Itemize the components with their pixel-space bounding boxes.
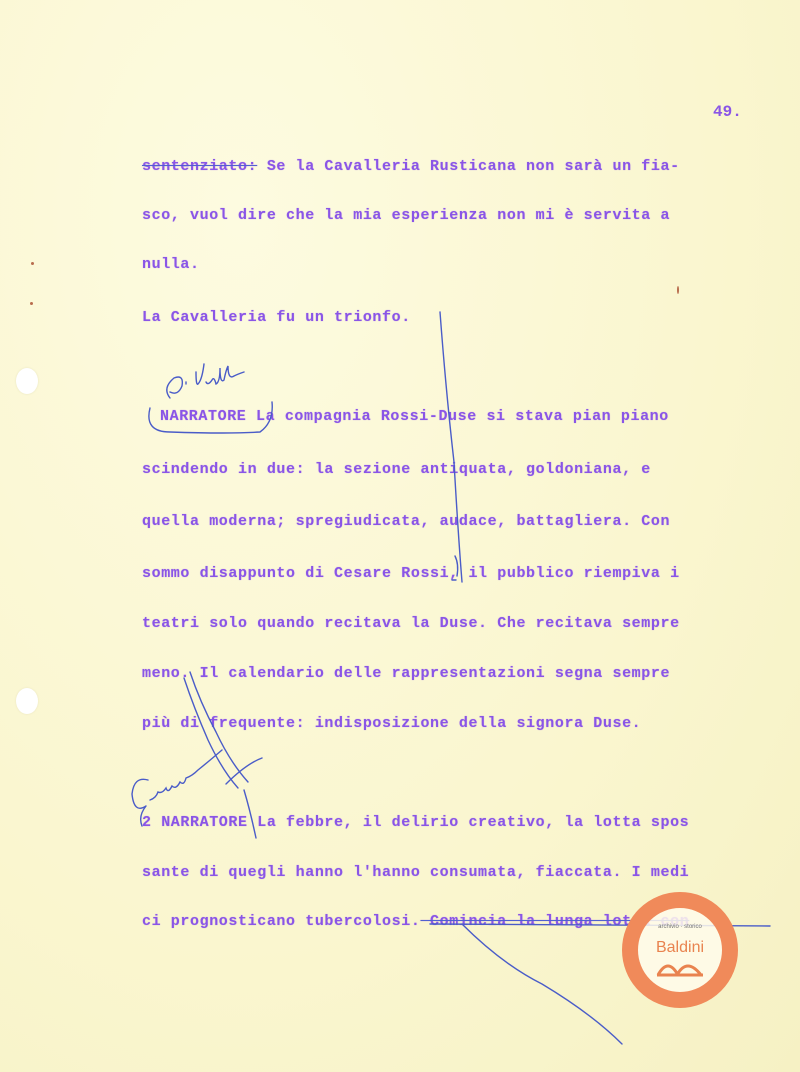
stamp-logo-icon [655, 957, 705, 977]
text-line-1: sentenziato: Se la Cavalleria Rusticana … [142, 158, 680, 175]
text-line-2: sco, vuol dire che la mia esperienza non… [142, 207, 670, 224]
paper-speck [31, 262, 34, 265]
text-line-4: La Cavalleria fu un trionfo. [142, 309, 411, 326]
punch-hole-top [16, 368, 38, 394]
text-line-8: sommo disappunto di Cesare Rossi, il pub… [142, 565, 680, 582]
stamp-label: Baldini [656, 939, 704, 957]
page-number: 49. [713, 103, 742, 121]
arrow-to-bottom [462, 924, 622, 1044]
struck-prefix: sentenziato: [142, 158, 257, 175]
text-line-10: meno. Il calendario delle rappresentazio… [142, 665, 670, 682]
text-line-3: nulla. [142, 256, 200, 273]
text-line-13: sante di quegli hanno l'hanno consumata,… [142, 864, 689, 881]
vertical-margin-line [440, 312, 462, 582]
document-page: 49. sentenziato: Se la Cavalleria Rustic… [0, 0, 800, 1072]
punch-hole-bottom [16, 688, 38, 714]
text-line-11: più di frequente: indisposizione della s… [142, 715, 641, 732]
stamp-small-text: archivio · storico [658, 924, 702, 931]
text-line-9: teatri solo quando recitava la Duse. Che… [142, 615, 680, 632]
paper-speck [30, 302, 33, 305]
text-line-14: ci prognosticano tubercolosi. Comincia l… [142, 913, 689, 930]
text-line-6: scindendo in due: la sezione antiquata, … [142, 461, 651, 478]
text-line-12-narratore-2: 2 NARRATORE La febbre, il delirio creati… [142, 814, 689, 831]
annotation-di-lullo-signature [167, 364, 244, 398]
text-line-5-narratore: NARRATORE La compagnia Rossi-Duse si sta… [160, 408, 669, 425]
text-line-7: quella moderna; spregiudicata, audace, b… [142, 513, 670, 530]
paper-speck [677, 286, 679, 294]
archive-stamp: archivio · storico Baldini [622, 892, 738, 1008]
